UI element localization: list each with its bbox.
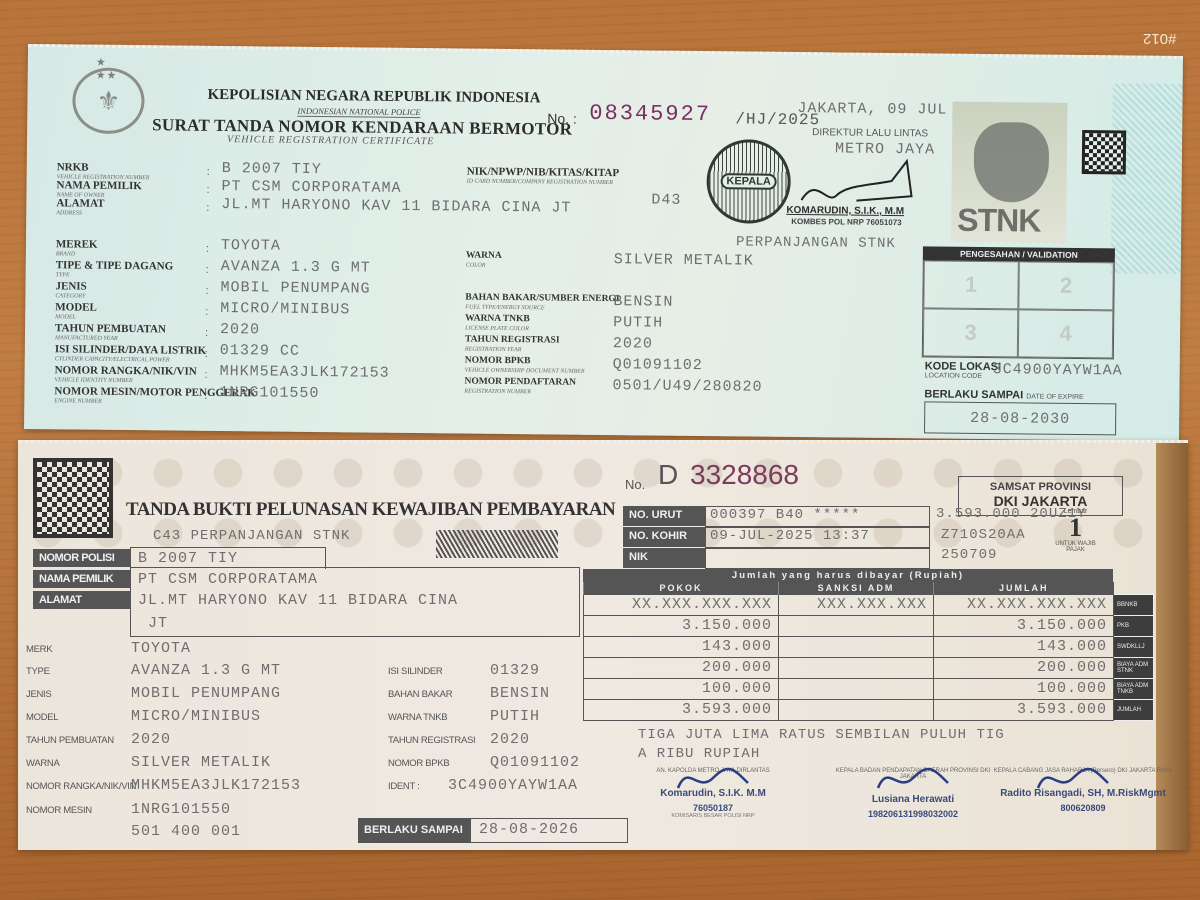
stnk-field-label: TAHUN PEMBUATANMANUFACTURED YEAR (55, 323, 166, 342)
validation-cell-4: 4 (1018, 309, 1113, 358)
payment-row: 3.150.0003.150.000PKB (584, 615, 1154, 636)
police-emblem-icon: ⚜ (72, 67, 145, 134)
signer-rank: KOMBES POL NRP 76051073 (791, 217, 902, 227)
location-code-label-en: LOCATION CODE (925, 372, 1001, 380)
address-continuation: JT (148, 615, 168, 632)
stnk-field-label-en: CYLINDER CAPACITY/ELECTRICAL POWER (55, 356, 206, 364)
nik-extra: 250709 (941, 547, 997, 563)
stnk-field-value: MHKM5EA3JLK172153 (220, 363, 390, 382)
location-code-label-text: KODE LOKASI (925, 360, 1002, 373)
payment-header-row: POKOKSANKSI ADMJUMLAH (584, 582, 1154, 594)
vehicle-label: WARNA (26, 758, 60, 769)
sanksi-cell (779, 615, 934, 636)
stnk-field-label-text: NAMA PEMILIK (57, 179, 142, 192)
stnk-field-label: ISI SILINDER/DAYA LISTRIKCYLINDER CAPACI… (55, 344, 207, 364)
stnk-field-label-text: TIPE & TIPE DAGANG (56, 259, 174, 272)
stnk-field-value: PT CSM CORPORATAMA (221, 178, 401, 197)
info-row: NO. URUT000397 B40 ***** (623, 506, 930, 527)
stnk-field-label: NAMA PEMILIKNAME OF OWNER (56, 180, 141, 199)
valid-until-label-text: BERLAKU SAMPAI (924, 388, 1023, 401)
stnk-field-label-en: VEHICLE IDENTITY NUMBER (54, 377, 196, 384)
payment-row-tag: PKB (1114, 615, 1154, 636)
vehicle-label: JENIS (26, 689, 51, 700)
stnk-field-label-text: WARNA TNKB (465, 314, 530, 325)
stnk-field-label-text: NOMOR RANGKA/NIK/VIN (55, 364, 197, 377)
vehicle-value: AVANZA 1.3 G MT (131, 662, 281, 679)
sanksi-cell (779, 657, 934, 678)
payment-row-tag: BBNKB (1114, 594, 1154, 615)
stnk-field-label-text: TAHUN PEMBUATAN (55, 322, 166, 335)
stnk-field-label: WARNACOLOR (466, 252, 502, 269)
stnk-field-value: PUTIH (613, 314, 663, 332)
owner-label: NAMA PEMILIK (33, 570, 130, 588)
qr-code-icon (1082, 130, 1126, 174)
stnk-field-label-text: MODEL (55, 301, 97, 313)
stnk-field-label-text: BAHAN BAKAR/SUMBER ENERGI (465, 293, 619, 305)
vehicle-value: MHKM5EA3JLK172153 (131, 777, 301, 794)
document-no: 08345927 (589, 101, 711, 127)
colon: : (206, 264, 209, 276)
info-value (705, 548, 930, 569)
stnk-field-label-en: TYPE (56, 272, 174, 279)
vehicle-value: 2020 (490, 731, 530, 748)
location-code-label: KODE LOKASI LOCATION CODE (925, 361, 1002, 380)
receipt-no-prefix: D (658, 459, 678, 491)
signature-icon (1033, 758, 1113, 798)
signatory: KEPALA BADAN PENDAPATAN DAERAH PROVINSI … (833, 768, 993, 819)
guilloche-pattern (1111, 83, 1183, 274)
colon: : (206, 184, 209, 196)
signatory: KEPALA CABANG JASA RAHARJA (Persero) DKI… (993, 768, 1173, 813)
payment-row: 143.000143.000SWDKLLJ (584, 636, 1154, 657)
pokok-cell: 200.000 (584, 657, 779, 678)
document-no-label: No. : (547, 110, 577, 126)
vehicle-value: PUTIH (490, 708, 540, 725)
payment-row-tag: BIAYA ADM STNK (1114, 657, 1154, 678)
validation-cell-1: 1 (923, 260, 1018, 309)
valid-until-label-en: DATE OF EXPIRE (1026, 393, 1084, 401)
payment-row-tag: BIAYA ADM TNKB (1114, 678, 1154, 699)
stnk-field-label: JENISCATEGORY (55, 281, 86, 299)
stnk-field-value: MICRO/MINIBUS (220, 300, 350, 318)
vehicle-label: MODEL (26, 712, 58, 723)
jumlah-cell: 3.593.000 (934, 699, 1114, 720)
qr-code-icon (33, 458, 113, 538)
vehicle-label: TAHUN REGISTRASI (388, 735, 475, 746)
valid-until-label: BERLAKU SAMPAI DATE OF EXPIRE (924, 388, 1083, 402)
stnk-field-value: BENSIN (613, 293, 673, 311)
validation-cell-2: 2 (1018, 261, 1113, 310)
stnk-field-label-en: BRAND (56, 251, 98, 257)
owner-row: ALAMATJL.MT HARYONO KAV 11 BIDARA CINA (33, 590, 458, 611)
payment-column-header: JUMLAH (934, 582, 1114, 594)
vehicle-value: SILVER METALIK (131, 754, 271, 771)
validation-grid: 1 2 3 4 (922, 260, 1115, 359)
stnk-field-label: NOMOR RANGKA/NIK/VINVEHICLE IDENTITY NUM… (54, 365, 196, 384)
colon: : (205, 327, 208, 339)
id-label: NIK/NPWP/NIB/KITAS/KITAP ID CARD NUMBER/… (467, 167, 620, 187)
vehicle-label: NOMOR BPKB (388, 758, 449, 769)
shield-icon (973, 122, 1049, 203)
stnk-field-value: SILVER METALIK (614, 251, 754, 269)
copy-for: UNTUK WAJIB PAJAK (1048, 541, 1103, 553)
stnk-field-label: MODELMODEL (55, 302, 97, 320)
engine-extra: 501 400 001 (131, 823, 241, 840)
vehicle-label: NOMOR MESIN (26, 805, 92, 816)
owner-label: ALAMAT (33, 591, 130, 609)
pokok-cell: 143.000 (584, 636, 779, 657)
pokok-cell: 3.593.000 (584, 699, 779, 720)
colon: : (207, 166, 210, 178)
stnk-field-label-en: COLOR (466, 262, 502, 268)
id-label-en: ID CARD NUMBER/COMPANY REGISTRATION NUMB… (467, 179, 619, 187)
info-label: NO. KOHIR (623, 527, 705, 548)
stnk-field-label-en: MANUFACTURED YEAR (55, 335, 166, 342)
jumlah-cell: 3.150.000 (934, 615, 1114, 636)
signatory-id: 198206131998032002 (833, 809, 993, 819)
vehicle-value: 3C4900YAYW1AA (448, 777, 578, 794)
stnk-field-label-text: ALAMAT (56, 197, 104, 210)
validation-box: PENGESAHAN / VALIDATION 1 2 3 4 (922, 246, 1115, 359)
stnk-field-label-en: VEHICLE OWNERSHIP DOCUMENT NUMBER (465, 367, 585, 374)
payment-column-header: SANKSI ADM (779, 582, 934, 594)
owner-value: JL.MT HARYONO KAV 11 BIDARA CINA (130, 592, 458, 609)
stnk-field-label-en: ADDRESS (56, 210, 104, 217)
sanksi-cell (779, 699, 934, 720)
colon: : (205, 285, 208, 297)
receipt-no: 3328868 (690, 459, 799, 491)
receipt-title: TANDA BUKTI PELUNASAN KEWAJIBAN PEMBAYAR… (126, 499, 615, 521)
vehicle-label: BAHAN BAKAR (388, 689, 452, 700)
colon: : (204, 390, 207, 402)
samsat-line1: SAMSAT PROVINSI (959, 481, 1122, 493)
signatory-id: 76050187 (633, 803, 793, 813)
stnk-certificate: ★★★ ⚜ KEPOLISIAN NEGARA REPUBLIK INDONES… (24, 44, 1183, 441)
stnk-field-label-text: MEREK (56, 238, 98, 250)
payment-row-tag: SWDKLLJ (1114, 636, 1154, 657)
owner-value: PT CSM CORPORATAMA (130, 571, 318, 588)
tax-receipt: TANDA BUKTI PELUNASAN KEWAJIBAN PEMBAYAR… (18, 440, 1188, 850)
id-value: D43 (651, 192, 681, 209)
colon: : (205, 369, 208, 381)
authority-title: KEPOLISIAN NEGARA REPUBLIK INDONESIA (207, 87, 540, 107)
validation-cell-3: 3 (923, 308, 1018, 357)
stnk-field-label: NOMOR PENDAFTARANREGISTRATION NUMBER (464, 378, 576, 396)
vehicle-label: NOMOR RANGKA/NIK/VIN (26, 781, 136, 792)
colon: : (206, 202, 209, 214)
receipt-no-label: No. (625, 477, 645, 492)
owner-row: NOMOR POLISIB 2007 TIY (33, 548, 458, 569)
payment-tag-header (1114, 582, 1154, 594)
valid-until: 28-08-2030 (924, 401, 1116, 435)
vehicle-value: Q01091102 (490, 754, 580, 771)
owner-row: NAMA PEMILIKPT CSM CORPORATAMA (33, 569, 458, 590)
stnk-field-value: 1NRG101550 (219, 384, 319, 402)
photo-tag: #012 (1143, 30, 1176, 47)
stnk-field-label-en: REGISTRATION YEAR (465, 346, 560, 353)
vehicle-value: 1NRG101550 (131, 801, 231, 818)
receipt-valid-until-label: BERLAKU SAMPAI (358, 818, 470, 843)
id-label-text: NIK/NPWP/NIB/KITAS/KITAP (467, 166, 620, 180)
location-code: 3C4900YAYW1AA (993, 361, 1123, 379)
signer-name: KOMARUDIN, S.I.K., M.M (786, 205, 904, 217)
vehicle-label: TYPE (26, 666, 50, 677)
stnk-field-label-text: ISI SILINDER/DAYA LISTRIK (55, 343, 207, 357)
stnk-field-label-en: LICENSE PLATE COLOR (465, 325, 530, 332)
info-label: NO. URUT (623, 506, 705, 527)
stnk-field-label-en: CATEGORY (55, 293, 86, 299)
stnk-field-value: 01329 CC (220, 342, 300, 360)
owner-label: NOMOR POLISI (33, 549, 130, 567)
vehicle-label: MERK (26, 644, 52, 655)
stnk-badge: STNK (951, 102, 1067, 243)
vehicle-label: WARNA TNKB (388, 712, 447, 723)
info-value: 09-JUL-2025 13:37 (705, 527, 930, 548)
vehicle-value: 2020 (131, 731, 171, 748)
jumlah-cell: 200.000 (934, 657, 1114, 678)
pokok-cell: XX.XXX.XXX.XXX (584, 594, 779, 615)
stnk-field-label: NOMOR BPKBVEHICLE OWNERSHIP DOCUMENT NUM… (465, 357, 585, 375)
stnk-field-label-text: NRKB (57, 161, 89, 173)
stnk-field-label-text: JENIS (55, 280, 86, 292)
payment-header: Jumlah yang harus dibayar (Rupiah) (583, 569, 1113, 582)
stnk-field-value: AVANZA 1.3 G MT (221, 258, 371, 277)
jumlah-cell: 143.000 (934, 636, 1114, 657)
stnk-field-value: Q01091102 (613, 356, 703, 374)
payment-table: POKOKSANKSI ADMJUMLAHXX.XXX.XXX.XXXXXX.X… (583, 582, 1154, 721)
receipt-valid-until: 28-08-2026 (470, 818, 628, 843)
owner-value: B 2007 TIY (130, 550, 238, 567)
vehicle-value: BENSIN (490, 685, 550, 702)
official-stamp-icon: KEPALA (706, 139, 791, 224)
info-row: NO. KOHIR09-JUL-2025 13:37 (623, 527, 930, 548)
stnk-field-label-en: REGISTRATION NUMBER (464, 388, 576, 395)
stnk-field-label: BAHAN BAKAR/SUMBER ENERGIFUEL TYPE/ENERG… (465, 294, 619, 312)
vehicle-label: TAHUN PEMBUATAN (26, 735, 114, 746)
stnk-field-value: 2020 (613, 335, 653, 352)
payment-row: 100.000100.000BIAYA ADM TNKB (584, 678, 1154, 699)
urut-extra: 3.593.000 20UZ1Y (936, 506, 1086, 522)
vehicle-label: ISI SILINDER (388, 666, 442, 677)
stnk-field-value: MOBIL PENUMPANG (220, 279, 370, 298)
stamp-text: KEPALA (720, 173, 777, 190)
document-subtitle: VEHICLE REGISTRATION CERTIFICATE (227, 134, 434, 147)
info-row: NIK (623, 548, 930, 569)
jumlah-cell: XX.XXX.XXX.XXX (934, 594, 1114, 615)
stnk-field-value: B 2007 TIY (222, 160, 322, 178)
jumlah-cell: 100.000 (934, 678, 1114, 699)
colon: : (205, 306, 208, 318)
receipt-subtitle: C43 PERPANJANGAN STNK (153, 528, 350, 544)
stnk-field-label: TAHUN REGISTRASIREGISTRATION YEAR (465, 336, 560, 353)
signature-icon (673, 758, 753, 798)
payment-row: 3.593.0003.593.000JUMLAH (584, 699, 1154, 720)
amount-words-line1: TIGA JUTA LIMA RATUS SEMBILAN PULUH TIG (638, 726, 1118, 745)
vehicle-value: TOYOTA (131, 640, 191, 657)
stnk-field-label-text: TAHUN REGISTRASI (465, 335, 560, 346)
pokok-cell: 3.150.000 (584, 615, 779, 636)
pokok-cell: 100.000 (584, 678, 779, 699)
payment-row: XX.XXX.XXX.XXXXXX.XXX.XXXXX.XXX.XXX.XXXB… (584, 594, 1154, 615)
renewal-note: PERPANJANGAN STNK (736, 234, 896, 252)
stnk-field-value: TOYOTA (221, 237, 281, 255)
payment-row: 200.000200.000BIAYA ADM STNK (584, 657, 1154, 678)
signatory-id: 800620809 (993, 803, 1173, 813)
stnk-field-value: 0501/U49/280820 (612, 377, 762, 396)
sanksi-cell: XXX.XXX.XXX (779, 594, 934, 615)
stnk-field-label-en: MODEL (55, 314, 97, 320)
vehicle-value: 01329 (490, 662, 540, 679)
stnk-field-label: TIPE & TIPE DAGANGTYPE (56, 260, 174, 279)
owner-info: NOMOR POLISIB 2007 TIYNAMA PEMILIKPT CSM… (33, 548, 458, 611)
info-value: 000397 B40 ***** (705, 506, 930, 527)
badge-text: STNK (957, 202, 1040, 240)
signatory: AN. KAPOLDA METRO JAYA DIRLANTASKomarudi… (633, 768, 793, 819)
stnk-field-label-text: WARNA (466, 251, 502, 261)
payment-column-header: POKOK (584, 582, 779, 594)
stnk-field-value: JL.MT HARYONO KAV 11 BIDARA CINA JT (221, 196, 571, 217)
colon: : (206, 243, 209, 255)
signature-icon (873, 758, 953, 798)
director-label: DIREKTUR LALU LINTAS (812, 127, 928, 139)
stnk-field-label: NRKBVEHICLE REGISTRATION NUMBER (57, 162, 150, 181)
stnk-field-value: 2020 (220, 321, 260, 338)
vehicle-label: IDENT : (388, 781, 420, 792)
stnk-field-label-en: FUEL TYPE/ENERGY SOURCE (465, 304, 619, 312)
stnk-field-label: MEREKBRAND (56, 239, 98, 257)
sanksi-cell (779, 678, 934, 699)
colon: : (205, 348, 208, 360)
vehicle-value: MICRO/MINIBUS (131, 708, 261, 725)
sanksi-cell (779, 636, 934, 657)
stnk-field-label: WARNA TNKBLICENSE PLATE COLOR (465, 315, 530, 332)
stnk-field-label: ALAMATADDRESS (56, 198, 104, 217)
stnk-field-label-text: NOMOR PENDAFTARAN (464, 377, 576, 388)
kohir-extra: Z710S20AA (941, 527, 1026, 543)
payment-row-tag: JUMLAH (1114, 699, 1154, 720)
stnk-field-label-text: NOMOR BPKB (465, 356, 531, 367)
info-label: NIK (623, 548, 705, 569)
vehicle-value: MOBIL PENUMPANG (131, 685, 281, 702)
receipt-info-table: NO. URUT000397 B40 *****NO. KOHIR09-JUL-… (623, 506, 930, 569)
signatory-footnote: KOMISARIS BESAR POLISI NRP (633, 813, 793, 819)
